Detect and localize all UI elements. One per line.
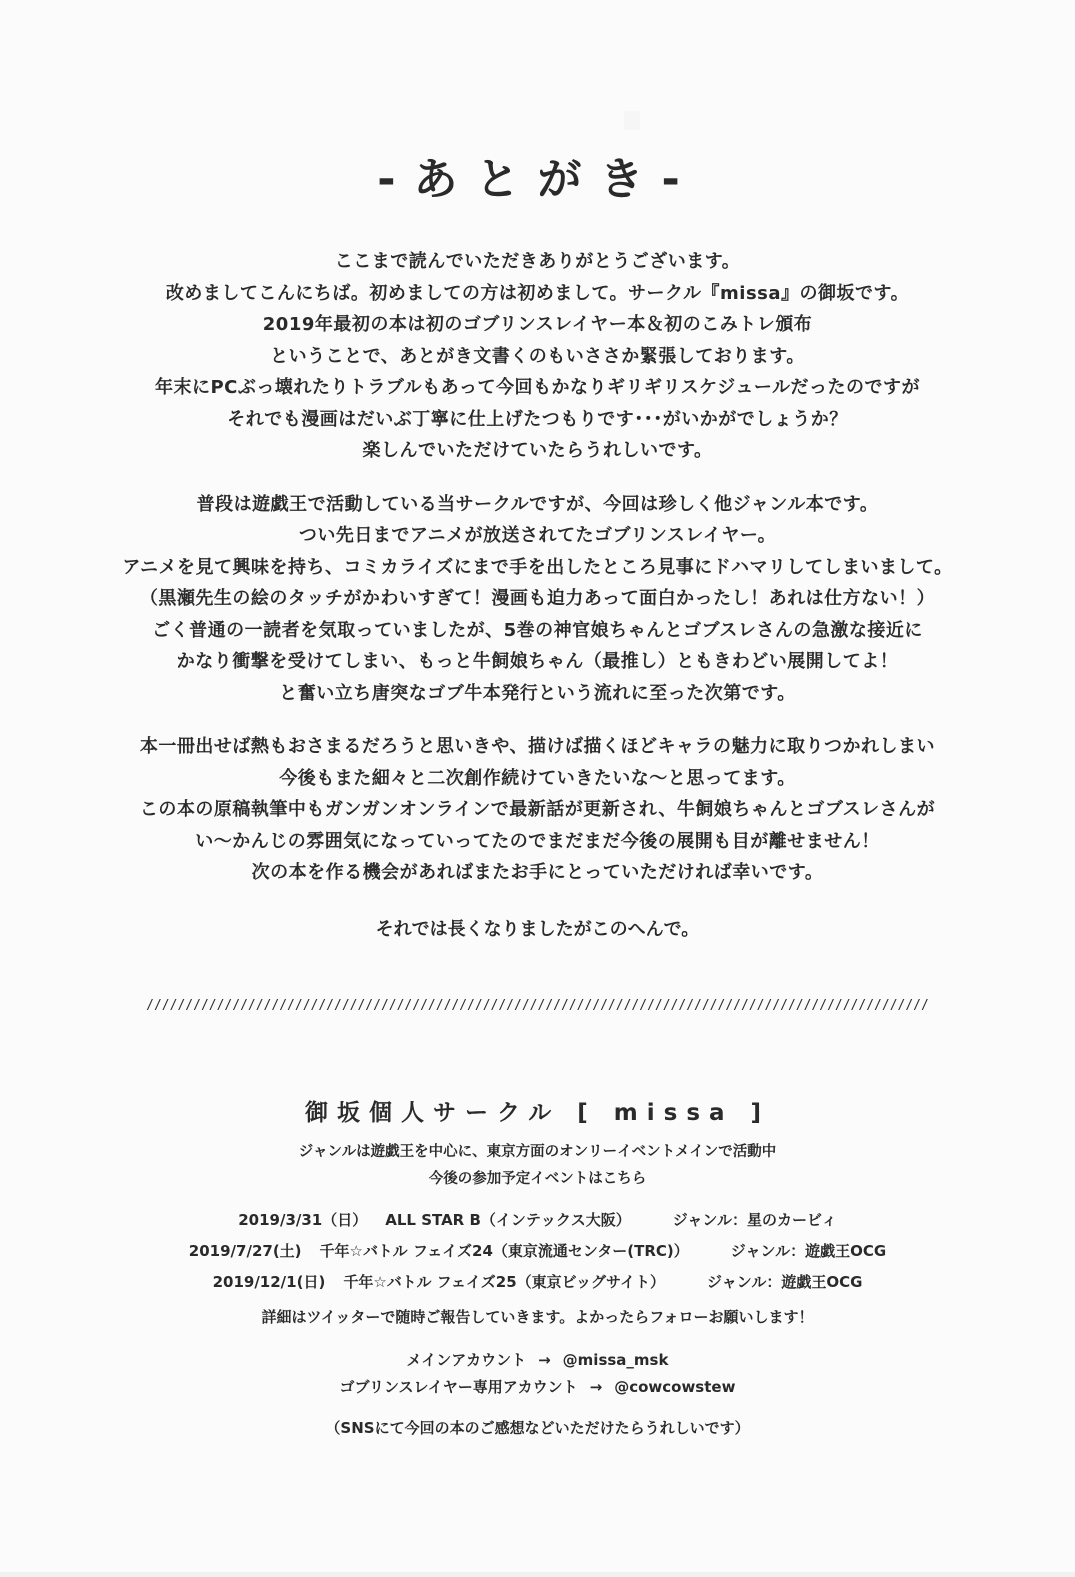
page-title: -あとがき- [0, 0, 1075, 210]
circle-name-heading: 御坂個人サークル [ missa ] [0, 1095, 1075, 1131]
account-label: メインアカウント [407, 1347, 527, 1374]
account-label: ゴブリンスレイヤー専用アカウント [340, 1374, 578, 1401]
paragraph-line: 楽しんでいただけていたらうれしいです。 [0, 435, 1075, 467]
event-name: 千年☆バトル フェイズ24（東京流通センター(TRC)） [320, 1236, 689, 1267]
event-genre: ジャンル：星のカービィ [673, 1205, 837, 1236]
circle-info-line: ジャンルは遊戯王を中心に、東京方面のオンリーイベントメインで活動中 [0, 1139, 1075, 1166]
event-row: 2019/7/27(土) 千年☆バトル フェイズ24（東京流通センター(TRC)… [0, 1236, 1075, 1267]
paragraph-line: 2019年最初の本は初のゴブリンスレイヤー本＆初のこみトレ頒布 [0, 309, 1075, 341]
event-row: 2019/12/1(日) 千年☆バトル フェイズ25（東京ビッグサイト） ジャン… [0, 1267, 1075, 1298]
paragraph-line: 今後もまた細々と二次創作続けていきたいな〜と思ってます。 [0, 763, 1075, 795]
arrow-icon: → [538, 1347, 551, 1374]
circle-info-line: 今後の参加予定イベントはこちら [0, 1166, 1075, 1193]
event-date: 2019/3/31（日） [238, 1205, 367, 1236]
account-list: メインアカウント → @missa_msk ゴブリンスレイヤー専用アカウント →… [0, 1347, 1075, 1401]
paragraph-line: 年末にPCぶっ壊れたりトラブルもあって今回もかなりギリギリスケジュールだったので… [0, 372, 1075, 404]
paragraph-line: それでも漫画はだいぶ丁寧に仕上げたつもりです･･･がいかがでしょうか？ [0, 404, 1075, 436]
paragraph-line: 次の本を作る機会があればまたお手にとっていただければ幸いです。 [0, 857, 1075, 889]
account-row: メインアカウント → @missa_msk [0, 1347, 1075, 1374]
scan-edge [0, 1572, 1075, 1577]
paragraph-line: 改めましてこんにちば。初めましての方は初めまして。サークル『missa』の御坂で… [0, 278, 1075, 310]
event-genre: ジャンル：遊戯王OCG [707, 1267, 862, 1298]
event-date: 2019/12/1(日) [213, 1267, 326, 1298]
afterword-page: -あとがき- ここまで読んでいただきありがとうございます。 改めましてこんにちば… [0, 0, 1075, 1577]
paragraph-line: と奮い立ち唐突なゴブ牛本発行という流れに至った次第です。 [0, 678, 1075, 710]
twitter-note: 詳細はツイッターで随時ご報告していきます。よかったらフォローお願いします！ [0, 1304, 1075, 1331]
arrow-icon: → [590, 1374, 603, 1401]
paragraph-line: 本一冊出せば熱もおさまるだろうと思いきや、描けば描くほどキャラの魅力に取りつかれ… [0, 731, 1075, 763]
paragraph-3: 本一冊出せば熱もおさまるだろうと思いきや、描けば描くほどキャラの魅力に取りつかれ… [0, 731, 1075, 889]
event-name: ALL STAR B（インテックス大阪） [385, 1205, 630, 1236]
paragraph-line: つい先日までアニメが放送されてたゴブリンスレイヤー。 [0, 520, 1075, 552]
paragraph-line: い〜かんじの雰囲気になっていってたのでまだまだ今後の展開も目が離せません！ [0, 826, 1075, 858]
paragraph-line: 普段は遊戯王で活動している当サークルですが、今回は珍しく他ジャンル本です。 [0, 489, 1075, 521]
paragraph-line: （黒瀬先生の絵のタッチがかわいすぎて！漫画も迫力あって面白かったし！あれは仕方な… [0, 583, 1075, 615]
circle-info: ジャンルは遊戯王を中心に、東京方面のオンリーイベントメインで活動中 今後の参加予… [0, 1139, 1075, 1193]
slash-divider: ////////////////////////////////////////… [0, 997, 1075, 1015]
event-date: 2019/7/27(土) [189, 1236, 302, 1267]
paragraph-line: アニメを見て興味を持ち、コミカライズにまで手を出したところ見事にドハマリしてしま… [0, 552, 1075, 584]
closing-line: それでは長くなりましたがこのへんで。 [0, 914, 1075, 946]
paragraph-line: ということで、あとがき文書くのもいささか緊張しております。 [0, 341, 1075, 373]
event-schedule: 2019/3/31（日） ALL STAR B（インテックス大阪） ジャンル：星… [0, 1205, 1075, 1298]
paragraph-1: ここまで読んでいただきありがとうございます。 改めましてこんにちば。初めましての… [0, 246, 1075, 467]
account-handle: @missa_msk [563, 1347, 669, 1374]
paragraph-line: この本の原稿執筆中もガンガンオンラインで最新話が更新され、牛飼娘ちゃんとゴブスレ… [0, 794, 1075, 826]
account-row: ゴブリンスレイヤー専用アカウント → @cowcowstew [0, 1374, 1075, 1401]
event-genre: ジャンル：遊戯王OCG [731, 1236, 886, 1267]
account-handle: @cowcowstew [614, 1374, 735, 1401]
paragraph-line: ここまで読んでいただきありがとうございます。 [0, 246, 1075, 278]
paragraph-2: 普段は遊戯王で活動している当サークルですが、今回は珍しく他ジャンル本です。 つい… [0, 489, 1075, 710]
event-row: 2019/3/31（日） ALL STAR B（インテックス大阪） ジャンル：星… [0, 1205, 1075, 1236]
sns-note: （SNSにて今回の本のご感想などいただけたらうれしいです） [0, 1415, 1075, 1442]
scan-artifact [624, 111, 640, 130]
paragraph-line: かなり衝撃を受けてしまい、もっと牛飼娘ちゃん（最推し）ともきわどい展開してよ！ [0, 646, 1075, 678]
paragraph-line: ごく普通の一読者を気取っていましたが、5巻の神官娘ちゃんとゴブスレさんの急激な接… [0, 615, 1075, 647]
event-name: 千年☆バトル フェイズ25（東京ビッグサイト） [343, 1267, 665, 1298]
